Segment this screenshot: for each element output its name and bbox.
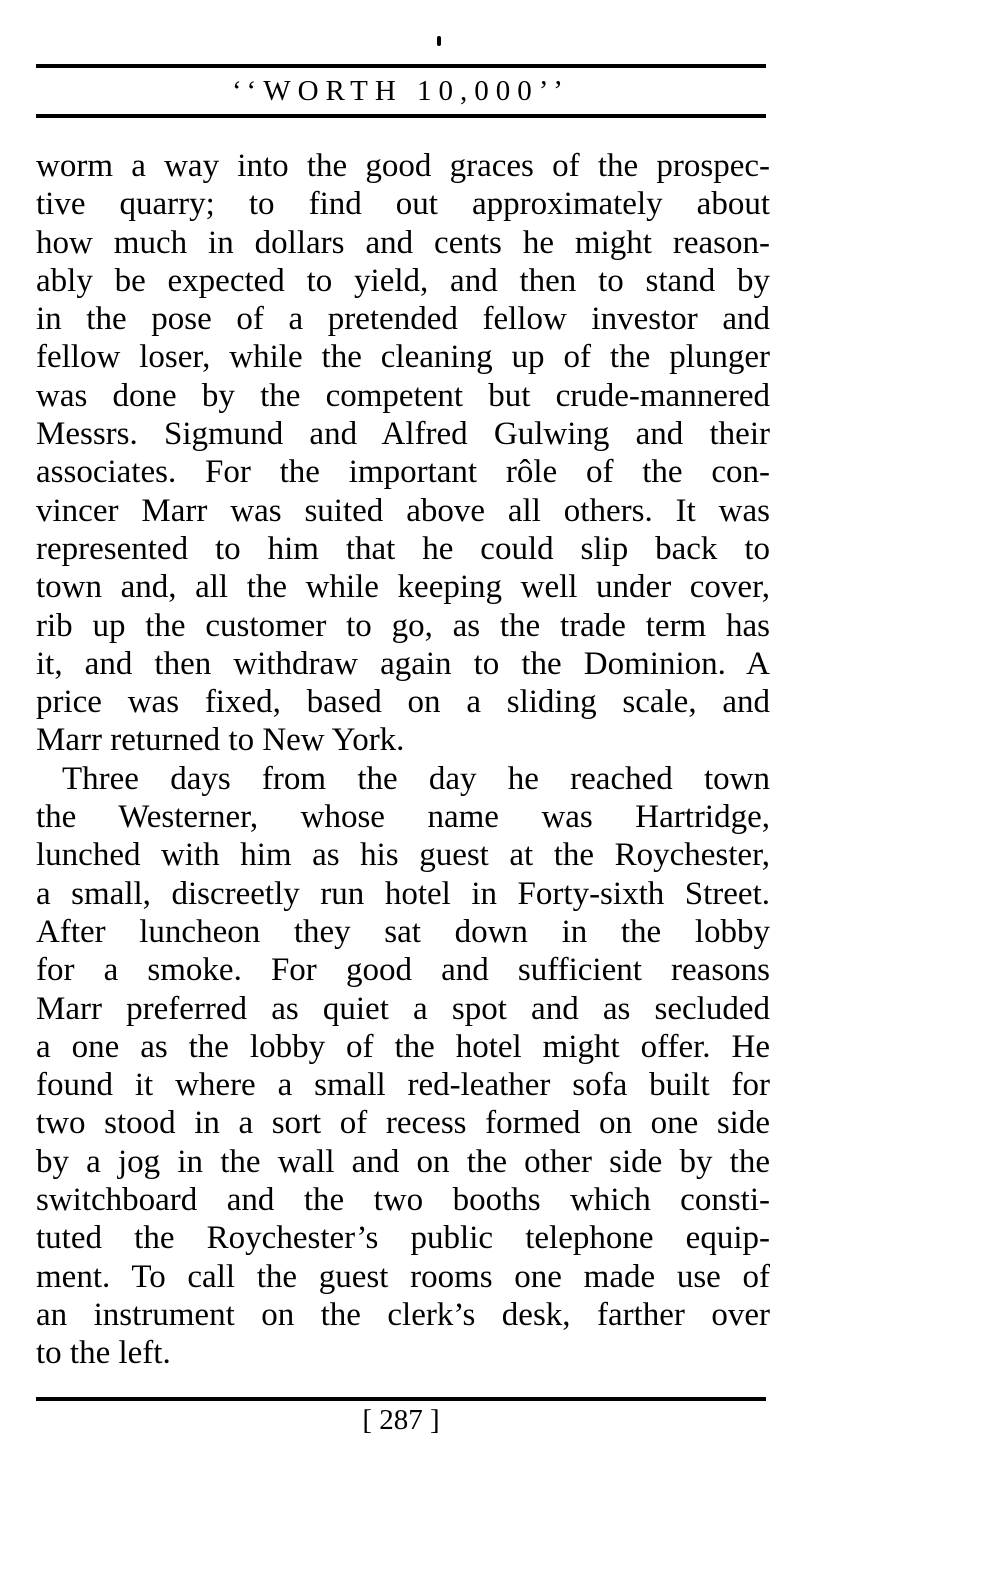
text-line: rib up the customer to go, as the trade … <box>36 607 770 645</box>
header-rule-top <box>36 64 766 68</box>
running-head: ‘‘WORTH 10,000’’ <box>36 71 766 111</box>
text-line: found it where a small red-leather sofa … <box>36 1066 770 1104</box>
text-line: associates. For the important rôle of th… <box>36 453 770 491</box>
text-line: lunched with him as his guest at the Roy… <box>36 836 770 874</box>
text-line: the Westerner, whose name was Hartridge, <box>36 798 770 836</box>
stray-ink-mark <box>437 36 441 46</box>
text-line: tuted the Roychester’s public telephone … <box>36 1219 770 1257</box>
text-line: Messrs. Sigmund and Alfred Gulwing and t… <box>36 415 770 453</box>
text-line: price was fixed, based on a sliding scal… <box>36 683 770 721</box>
text-line: switchboard and the two booths which con… <box>36 1181 770 1219</box>
text-line: Marr preferred as quiet a spot and as se… <box>36 990 770 1028</box>
text-line: After luncheon they sat down in the lobb… <box>36 913 770 951</box>
text-line: in the pose of a pretended fellow invest… <box>36 300 770 338</box>
text-line: ment. To call the guest rooms one made u… <box>36 1258 770 1296</box>
text-line: vincer Marr was suited above all others.… <box>36 492 770 530</box>
text-line: fellow loser, while the cleaning up of t… <box>36 338 770 376</box>
text-line: was done by the competent but crude-mann… <box>36 377 770 415</box>
page-number: [ 287 ] <box>36 1402 766 1438</box>
text-line: town and, all the while keeping well und… <box>36 568 770 606</box>
text-line: by a jog in the wall and on the other si… <box>36 1143 770 1181</box>
text-line: it, and then withdraw again to the Domin… <box>36 645 770 683</box>
text-line: Marr returned to New York. <box>36 721 770 759</box>
footer-rule <box>36 1397 766 1401</box>
text-line: an instrument on the clerk’s desk, farth… <box>36 1296 770 1334</box>
text-line-paragraph-start: Three days from the day he reached town <box>36 760 770 798</box>
text-line: for a smoke. For good and sufficient rea… <box>36 951 770 989</box>
text-line: a small, discreetly run hotel in Forty-s… <box>36 875 770 913</box>
text-line: worm a way into the good graces of the p… <box>36 147 770 185</box>
body-text: worm a way into the good graces of the p… <box>36 147 770 1373</box>
header-rule-bottom <box>36 114 766 118</box>
text-line: how much in dollars and cents he might r… <box>36 224 770 262</box>
text-line: ably be expected to yield, and then to s… <box>36 262 770 300</box>
text-line: represented to him that he could slip ba… <box>36 530 770 568</box>
text-line: to the left. <box>36 1334 770 1372</box>
text-line: two stood in a sort of recess formed on … <box>36 1104 770 1142</box>
text-line: tive quarry; to find out approximately a… <box>36 185 770 223</box>
text-line: a one as the lobby of the hotel might of… <box>36 1028 770 1066</box>
